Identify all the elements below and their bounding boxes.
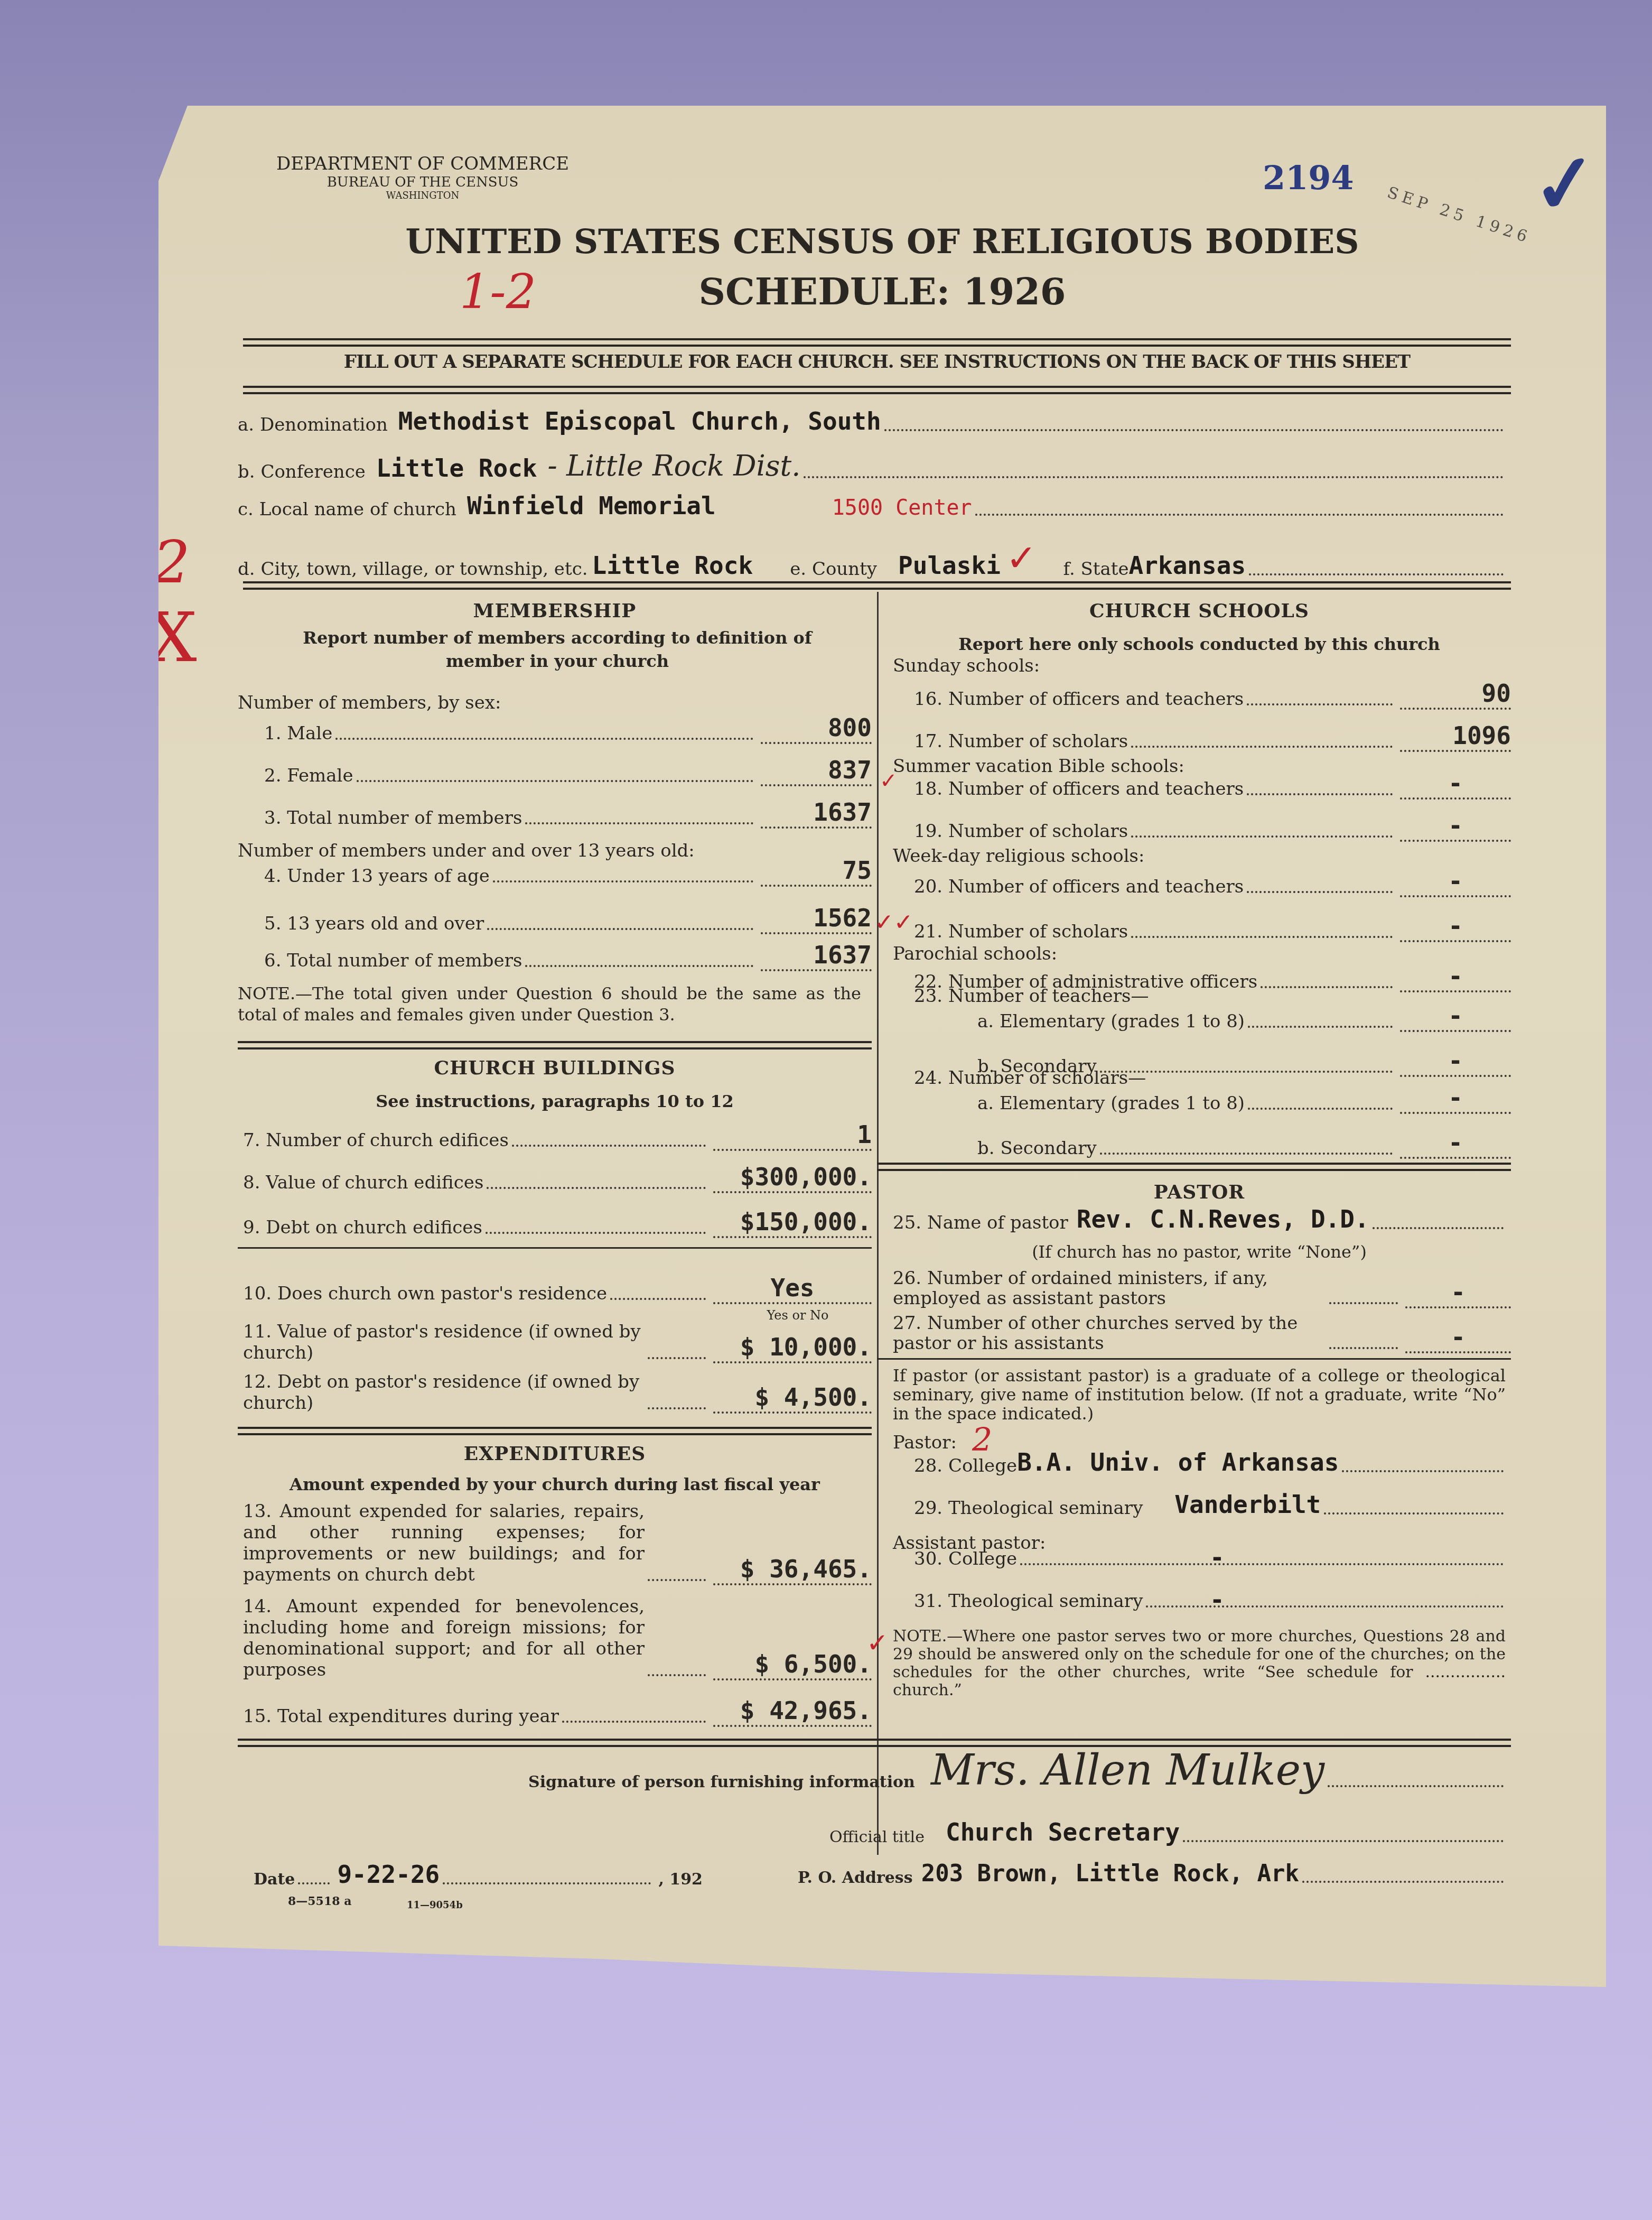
instruction-banner: FILL OUT A SEPARATE SCHEDULE FOR EACH CH…: [243, 351, 1511, 373]
member-row-over13[interactable]: 5. 13 years old and over 1562: [264, 904, 872, 934]
building-row-residence-value[interactable]: 11. Value of pastor's residence (if owne…: [243, 1321, 872, 1363]
male-value: 800: [761, 713, 872, 744]
school-row-24b[interactable]: b. Secondary -: [977, 1128, 1511, 1159]
signature-label: Signature of person furnishing informati…: [528, 1773, 915, 1791]
schools-subtitle: Report here only schools conducted by th…: [888, 634, 1511, 654]
edifice-debt-value: $150,000.: [713, 1207, 872, 1238]
assistant-seminary-field[interactable]: 31. Theological seminary -: [914, 1591, 1511, 1612]
q31-label: 31. Theological seminary: [914, 1591, 1143, 1612]
state-label: f. State: [1063, 559, 1129, 580]
conference-label: b. Conference: [238, 461, 366, 482]
residence-value: Yes: [713, 1274, 872, 1304]
form-title: UNITED STATES CENSUS OF RELIGIOUS BODIES: [158, 222, 1606, 262]
benevolences-value: $ 6,500.: [713, 1650, 872, 1680]
local-name-label: c. Local name of church: [238, 499, 456, 520]
building-row-debt[interactable]: 9. Debt on church edifices $150,000.: [243, 1207, 872, 1238]
expenditure-row-total[interactable]: 15. Total expenditures during year $ 42,…: [243, 1696, 872, 1727]
total2-label: 6. Total number of members: [264, 950, 522, 971]
column-divider: [877, 592, 879, 1855]
q24b-label: b. Secondary: [977, 1138, 1097, 1159]
total-label: 3. Total number of members: [264, 807, 522, 829]
membership-subtitle: Report number of members according to de…: [280, 626, 835, 673]
assistant-pastors-field[interactable]: 26. Number of ordained ministers, if any…: [893, 1268, 1511, 1308]
divider: [243, 338, 1511, 347]
school-row-24a[interactable]: a. Elementary (grades 1 to 8) -: [977, 1083, 1511, 1114]
schedule-title: SCHEDULE: 1926: [158, 270, 1606, 313]
over13-value: 1562: [761, 904, 872, 934]
conference-field[interactable]: b. Conference Little Rock - Little Rock …: [238, 449, 1511, 482]
q16-value: 90: [1400, 679, 1511, 710]
q31-value: -: [1210, 1585, 1225, 1614]
q16-label: 16. Number of officers and teachers: [914, 689, 1244, 710]
member-row-female[interactable]: 2. Female 837: [264, 756, 872, 786]
assistant-college-field[interactable]: 30. College -: [914, 1548, 1511, 1569]
stamp-number: 2194: [1263, 159, 1354, 197]
form-number: 8—5518 a: [288, 1894, 351, 1908]
date-field[interactable]: Date 9-22-26 , 192: [254, 1860, 703, 1889]
conference-handwritten: - Little Rock Dist.: [548, 449, 801, 482]
denomination-label: a. Denomination: [238, 414, 388, 435]
official-title-label: Official title: [829, 1828, 925, 1846]
building-row-edifices[interactable]: 7. Number of church edifices 1: [243, 1120, 872, 1151]
building-row-value[interactable]: 8. Value of church edifices $300,000.: [243, 1163, 872, 1193]
sunday-schools-label: Sunday schools:: [893, 655, 1040, 676]
school-row-19[interactable]: 19. Number of scholars -: [914, 811, 1511, 842]
divider: [877, 1163, 1511, 1171]
q19-value: -: [1400, 811, 1511, 842]
date-label: Date: [254, 1870, 295, 1889]
official-title-field[interactable]: Official title Church Secretary: [829, 1818, 1511, 1846]
school-row-23a[interactable]: a. Elementary (grades 1 to 8) -: [977, 1001, 1511, 1032]
edifice-value: $300,000.: [713, 1163, 872, 1193]
q24b-value: -: [1400, 1128, 1511, 1159]
address-label: P. O. Address: [798, 1869, 913, 1887]
state-value: Arkansas: [1129, 551, 1246, 580]
q26-label: 26. Number of ordained ministers, if any…: [893, 1268, 1326, 1308]
member-row-total2[interactable]: 6. Total number of members 1637: [264, 941, 872, 971]
membership-note: NOTE.—The total given under Question 6 s…: [238, 983, 861, 1025]
q22-value: -: [1400, 962, 1511, 992]
residence-label: 10. Does church own pastor's residence: [243, 1283, 607, 1304]
pastor-note: NOTE.—Where one pastor serves two or mor…: [893, 1628, 1506, 1699]
schools-title: CHURCH SCHOOLS: [888, 600, 1511, 622]
school-row-16[interactable]: 16. Number of officers and teachers 90: [914, 679, 1511, 710]
location-field[interactable]: d. City, town, village, or township, etc…: [238, 536, 1511, 580]
pastor-name-field[interactable]: 25. Name of pastor Rev. C.N.Reves, D.D.: [893, 1205, 1511, 1233]
expenditure-row-running[interactable]: 13. Amount expended for salaries, repair…: [243, 1501, 872, 1585]
expenditure-row-benevolences[interactable]: 14. Amount expended for benevolences, in…: [243, 1596, 872, 1680]
building-row-residence[interactable]: 10. Does church own pastor's residence Y…: [243, 1274, 872, 1304]
residence-value-amount: $ 10,000.: [713, 1333, 872, 1363]
denomination-field[interactable]: a. Denomination Methodist Episcopal Chur…: [238, 407, 1511, 435]
q23b-value: -: [1400, 1046, 1511, 1077]
red-check-icon: ✓: [880, 769, 898, 793]
city-value: Little Rock: [592, 551, 753, 580]
date-suffix: , 192: [658, 1870, 703, 1889]
seminary-field[interactable]: 29. Theological seminary Vanderbilt: [914, 1490, 1511, 1519]
over13-label: 5. 13 years old and over: [264, 913, 484, 934]
pastor-title: PASTOR: [888, 1181, 1511, 1203]
school-row-17[interactable]: 17. Number of scholars 1096: [914, 721, 1511, 752]
running-expenses-label: 13. Amount expended for salaries, repair…: [243, 1501, 645, 1585]
address-value: 203 Brown, Little Rock, Ark: [921, 1860, 1299, 1887]
department-block: DEPARTMENT OF COMMERCE BUREAU OF THE CEN…: [238, 153, 608, 201]
denomination-value: Methodist Episcopal Church, South: [398, 407, 881, 435]
q27-label: 27. Number of other churches served by t…: [893, 1313, 1326, 1353]
female-value: 837: [761, 756, 872, 786]
under13-label: 4. Under 13 years of age: [264, 866, 490, 887]
college-field[interactable]: 28. College B.A. Univ. of Arkansas: [914, 1448, 1511, 1476]
bureau-name: BUREAU OF THE CENSUS: [238, 174, 608, 190]
under13-value: 75: [761, 856, 872, 887]
edifice-debt-label: 9. Debt on church edifices: [243, 1217, 482, 1238]
q30-value: -: [1210, 1543, 1225, 1572]
date-value: 9-22-26: [337, 1860, 440, 1889]
q19-label: 19. Number of scholars: [914, 821, 1128, 842]
other-churches-field[interactable]: 27. Number of other churches served by t…: [893, 1313, 1511, 1353]
q17-label: 17. Number of scholars: [914, 731, 1128, 752]
street-note: 1500 Center: [832, 496, 972, 520]
divider: [877, 1358, 1511, 1360]
members-by-sex-label: Number of members, by sex:: [238, 692, 501, 713]
benevolences-label: 14. Amount expended for benevolences, in…: [243, 1596, 645, 1680]
q21-value: -: [1400, 912, 1511, 942]
q27-value: -: [1405, 1323, 1511, 1353]
edifices-label: 7. Number of church edifices: [243, 1130, 509, 1151]
yes-or-no-hint: Yes or No: [734, 1308, 861, 1323]
conference-value: Little Rock: [376, 454, 537, 482]
school-row-18[interactable]: 18. Number of officers and teachers -: [914, 769, 1511, 800]
q28-label: 28. College: [914, 1455, 1017, 1476]
school-row-21[interactable]: 21. Number of scholars -: [914, 912, 1511, 942]
county-label: e. County: [790, 559, 877, 580]
signature-field[interactable]: Signature of person furnishing informati…: [528, 1749, 1511, 1791]
q20-label: 20. Number of officers and teachers: [914, 876, 1244, 897]
graduate-note: If pastor (or assistant pastor) is a gra…: [893, 1366, 1506, 1423]
q20-value: -: [1400, 867, 1511, 897]
edifice-value-label: 8. Value of church edifices: [243, 1172, 483, 1193]
margin-mark-x: X: [148, 597, 197, 677]
residence-value-label: 11. Value of pastor's residence (if owne…: [243, 1321, 645, 1363]
female-label: 2. Female: [264, 765, 353, 786]
q30-label: 30. College: [914, 1548, 1017, 1569]
q24a-value: -: [1400, 1083, 1511, 1114]
member-row-total[interactable]: 3. Total number of members 1637: [264, 798, 872, 829]
pastor-name-hint: (If church has no pastor, write “None”): [888, 1242, 1511, 1262]
membership-title: MEMBERSHIP: [238, 600, 872, 622]
buildings-subtitle: See instructions, paragraphs 10 to 12: [238, 1091, 872, 1111]
red-mark: 1-2: [460, 264, 536, 320]
q18-value: -: [1400, 769, 1511, 800]
total-value: 1637: [761, 798, 872, 829]
weekday-schools-label: Week-day religious schools:: [893, 846, 1144, 867]
q28-value: B.A. Univ. of Arkansas: [1017, 1448, 1339, 1476]
red-check-icon: ✓: [1006, 536, 1037, 580]
divider: [238, 1427, 872, 1435]
city-label: d. City, town, village, or township, etc…: [238, 559, 588, 580]
census-form-page: DEPARTMENT OF COMMERCE BUREAU OF THE CEN…: [158, 106, 1606, 1987]
official-title-value: Church Secretary: [946, 1818, 1180, 1846]
total2-value: 1637: [761, 941, 872, 971]
q17-value: 1096: [1400, 721, 1511, 752]
q24a-label: a. Elementary (grades 1 to 8): [977, 1093, 1245, 1114]
total-expenditures-label: 15. Total expenditures during year: [243, 1706, 559, 1727]
member-row-male[interactable]: 1. Male 800: [264, 713, 872, 744]
department-name: DEPARTMENT OF COMMERCE: [238, 153, 608, 174]
local-name-field[interactable]: c. Local name of church Winfield Memoria…: [238, 491, 1511, 520]
expenditures-title: EXPENDITURES: [238, 1443, 872, 1465]
buildings-title: CHURCH BUILDINGS: [238, 1057, 872, 1079]
parochial-schools-label: Parochial schools:: [893, 943, 1057, 964]
divider: [238, 1041, 872, 1049]
q23a-label: a. Elementary (grades 1 to 8): [977, 1011, 1245, 1032]
q29-label: 29. Theological seminary: [914, 1498, 1143, 1519]
male-label: 1. Male: [264, 723, 332, 744]
member-row-under13[interactable]: 4. Under 13 years of age 75: [264, 856, 872, 887]
form-number-2: 11—9054b: [407, 1900, 463, 1911]
q29-value: Vanderbilt: [1174, 1490, 1321, 1519]
county-value: Pulaski: [898, 551, 1001, 580]
divider: [243, 581, 1511, 590]
signature-value: Mrs. Allen Mulkey: [931, 1749, 1324, 1791]
edifices-value: 1: [713, 1120, 872, 1151]
residence-debt-label: 12. Debt on pastor's residence (if owned…: [243, 1371, 645, 1414]
q26-value: -: [1405, 1278, 1511, 1308]
pastor-name-label: 25. Name of pastor: [893, 1212, 1068, 1233]
running-expenses-value: $ 36,465.: [713, 1555, 872, 1585]
q18-label: 18. Number of officers and teachers: [914, 778, 1244, 800]
checkmark-icon: ✓: [1527, 134, 1603, 234]
divider: [238, 1247, 872, 1249]
q21-label: 21. Number of scholars: [914, 921, 1128, 942]
red-double-check-icon: ✓✓: [874, 909, 913, 936]
address-field[interactable]: P. O. Address 203 Brown, Little Rock, Ar…: [798, 1860, 1511, 1887]
pastor-name-value: Rev. C.N.Reves, D.D.: [1077, 1205, 1369, 1233]
local-name-value: Winfield Memorial: [467, 491, 716, 520]
margin-mark-2: 2: [153, 528, 190, 596]
school-row-20[interactable]: 20. Number of officers and teachers -: [914, 867, 1511, 897]
residence-debt-amount: $ 4,500.: [713, 1383, 872, 1414]
q23a-value: -: [1400, 1001, 1511, 1032]
red-check-icon: ✓: [866, 1628, 889, 1658]
total-expenditures-value: $ 42,965.: [713, 1696, 872, 1727]
city-name: WASHINGTON: [238, 190, 608, 201]
divider: [243, 386, 1511, 394]
building-row-residence-debt[interactable]: 12. Debt on pastor's residence (if owned…: [243, 1371, 872, 1414]
expenditures-subtitle: Amount expended by your church during la…: [238, 1474, 872, 1494]
